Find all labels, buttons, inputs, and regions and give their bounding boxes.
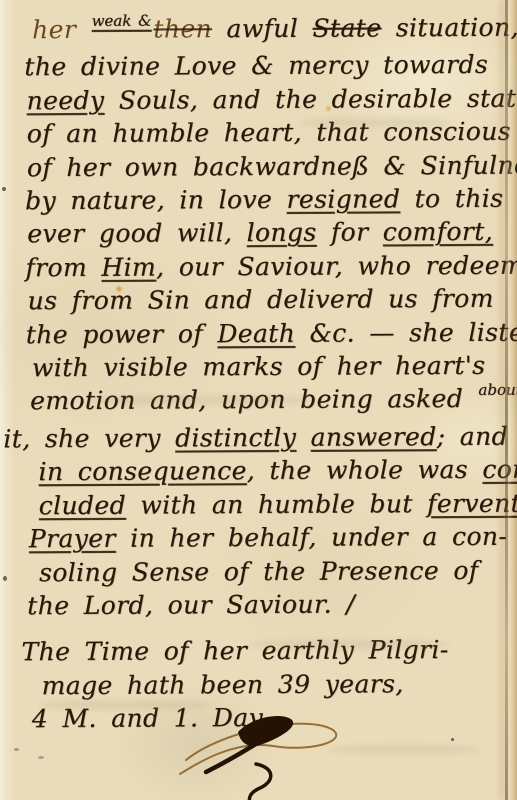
text-segment: fervent (427, 488, 517, 517)
manuscript-line: ever good will, longs for comfort, (27, 215, 493, 251)
text-segment: distinctly (175, 423, 296, 453)
text-segment: Death (217, 318, 295, 347)
manuscript-line: cluded with an humble but fervent (39, 486, 495, 522)
foxing-spot (325, 105, 332, 112)
manuscript-line: with visible marks of her heart's (32, 349, 494, 385)
text-segment: ever good will, (27, 219, 247, 249)
text-segment: with visible marks of her heart's (32, 351, 486, 382)
bleed-through-mark (250, 640, 450, 649)
text-segment: it, she very (3, 423, 175, 453)
manuscript-line: the Lord, our Saviour. / (27, 587, 495, 623)
manuscript-line: needy Souls, and the desirable state (26, 82, 492, 118)
ink-speck (3, 576, 7, 581)
text-segment: cluded (39, 490, 126, 519)
text-segment: &c. — she listened (295, 317, 517, 347)
manuscript-line: of her own backwardneß & Sinfulneß (27, 148, 493, 184)
text-segment: of her own backwardneß & Sinfulneß (27, 150, 517, 182)
manuscript-line: the divine Love & mercy towards (24, 48, 492, 84)
bleed-through-mark (40, 700, 210, 710)
text-segment: her (32, 15, 91, 44)
text-segment: in her behalf, under a con- (116, 522, 508, 553)
text-segment: the divine Love & mercy towards (24, 50, 488, 81)
text-segment: resigned (286, 184, 400, 214)
manuscript-page: her weak &then awful State situation, ab… (0, 0, 517, 800)
text-segment: con- (482, 455, 517, 484)
manuscript-line: by nature, in love resigned to this (25, 182, 493, 218)
text-segment: situation, about (381, 12, 517, 42)
manuscript-line: the power of Death &c. — she listened (26, 315, 494, 351)
manuscript-line: The Time of her earthly Pilgri- (21, 633, 495, 669)
paragraph-1: her weak &then awful State situation, ab… (24, 11, 495, 623)
text-segment: the power of (26, 319, 218, 349)
text-segment: State (312, 13, 381, 42)
text-segment: for (317, 218, 383, 247)
manuscript-line: it, she very distinctly answered; and (3, 420, 494, 456)
ink-speck (38, 756, 44, 759)
text-segment: with an humble but (126, 489, 427, 520)
text-segment: the Lord, our Saviour. / (27, 589, 355, 620)
text-segment: answered (311, 422, 437, 452)
ink-speck (2, 187, 6, 191)
text-segment: awful (212, 14, 313, 44)
text-segment: longs (247, 218, 317, 247)
manuscript-line: her weak &then awful State situation, ab… (32, 11, 492, 51)
manuscript-line: soling Sense of the Presence of (39, 553, 495, 589)
text-segment: comfort, (383, 217, 493, 247)
manuscript-line: mage hath been 39 years, (42, 666, 496, 702)
ink-flourish (168, 712, 358, 800)
text-segment: needy (26, 86, 104, 115)
text-segment: mage hath been 39 years, (42, 669, 404, 700)
text-segment: about (478, 381, 517, 399)
manuscript-line: us from Sin and deliverd us from (28, 282, 494, 318)
bleed-through-mark (90, 395, 310, 405)
text-segment: Him (101, 252, 156, 281)
manuscript-line: Prayer in her behalf, under a con- (29, 520, 495, 556)
text-segment (296, 423, 311, 452)
ink-speck (14, 748, 19, 751)
text-segment: then (153, 14, 212, 43)
text-segment: soling Sense of the Presence of (39, 555, 479, 586)
text-segment: to this (400, 184, 503, 214)
text-segment: Prayer (29, 524, 116, 553)
manuscript-line: in consequence, the whole was con- (38, 453, 494, 489)
text-segment: , the whole was (247, 455, 483, 485)
text-segment: us from Sin and deliverd us from (28, 284, 494, 315)
page-edge-crease (505, 0, 508, 800)
text-segment: Souls, and the desirable state (104, 83, 517, 114)
text-segment: weak & (92, 12, 152, 30)
text-segment: from (25, 253, 101, 282)
manuscript-line: from Him, our Saviour, who redeemed (25, 249, 493, 285)
ink-speck (451, 738, 454, 741)
bleed-through-mark (300, 118, 450, 127)
foxing-spot (115, 285, 123, 293)
text-segment: in consequence (38, 456, 246, 486)
text-segment: by nature, in love (25, 185, 287, 215)
text-segment: , our Saviour, who redeemed (156, 250, 517, 281)
text-segment: ; and (436, 422, 508, 451)
